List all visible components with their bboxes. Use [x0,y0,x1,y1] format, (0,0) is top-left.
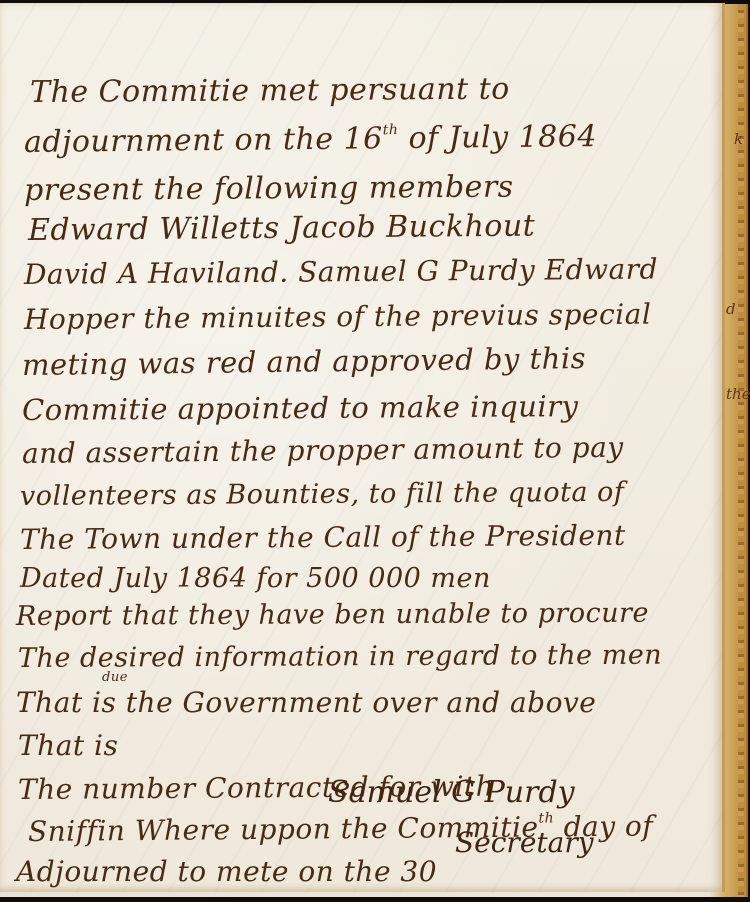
text-line-8: Commitie appointed to make inquiry [22,389,579,427]
superscript-th: th [383,122,399,138]
text-line-6: Hopper the minuites of the previus speci… [24,298,652,336]
text-line-1: The Commitie met persuant to [30,72,510,110]
text-line-10: vollenteers as Bounties, to fill the quo… [20,477,625,512]
text-line-3: present the following members [24,170,514,208]
signature-title: Secretary [455,826,594,859]
signature: Samuel G Purdy [328,775,575,810]
text-line-16: That is [18,729,118,762]
text-line-13: Report that they have ben unable to proc… [16,598,649,632]
superscript-th-2: th [538,810,554,826]
text-line-5: David A Haviland. Samuel G Purdy Edward [24,252,658,291]
text-line-7: meting was red and approved by this [22,341,586,382]
text-line-4: Edward Willetts Jacob Buckhout [28,209,536,248]
text-line-19: Adjourned to mete on the 30 [16,855,437,888]
margin-mark-2: d [726,300,736,318]
text-line-15: That isdue the Government over and above [16,686,596,719]
inserted-word: due [102,670,128,685]
text-line-2: adjournment on the 16th of July 1864 [24,119,597,160]
text-line-9: and assertain the propper amount to pay [22,431,624,470]
margin-mark-3: the [726,385,750,403]
text-line-2-start: adjournment on the 16 [24,121,383,160]
text-line-2-end: of July 1864 [398,119,597,156]
text-line-11: The Town under the Call of the President [20,519,626,556]
text-line-15-end: the Government over and above [116,686,596,719]
ledger-page: The Commitie met persuant to adjournment… [0,3,725,892]
text-line-15-start: That isdue [16,686,116,719]
text-line-12: Dated July 1864 for 500 000 men [20,563,491,594]
text-line-14: The desired information in regard to the… [18,640,662,674]
margin-mark-1: k [734,130,743,148]
